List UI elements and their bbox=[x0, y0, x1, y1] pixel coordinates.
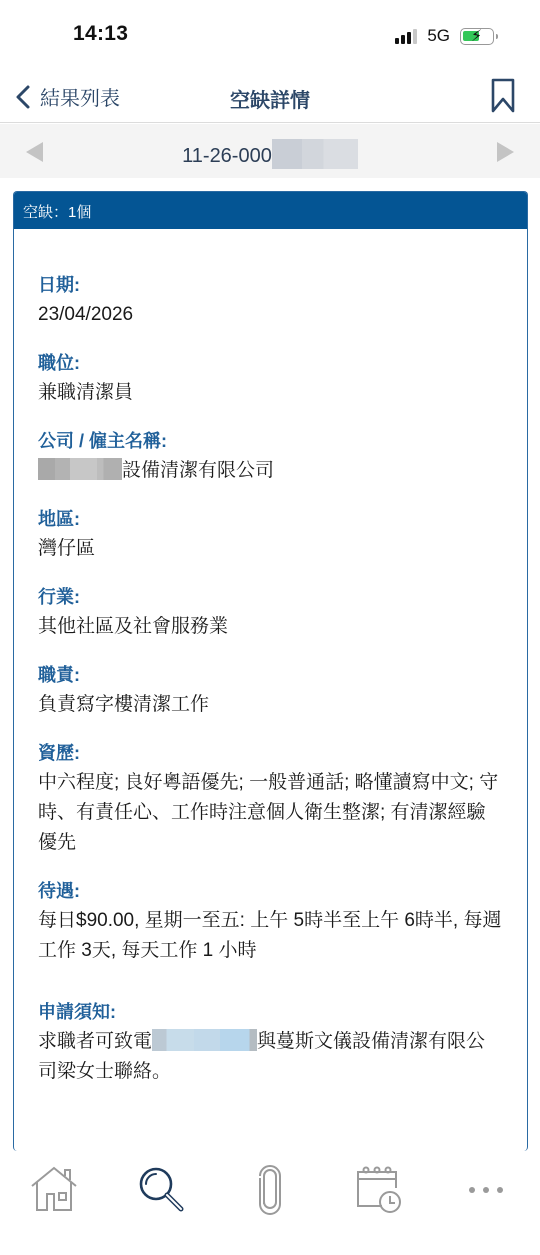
tab-more[interactable] bbox=[458, 1162, 514, 1218]
signal-icon bbox=[395, 28, 417, 44]
phone-number-redacted bbox=[152, 1029, 257, 1051]
field-label: 資歷: bbox=[38, 741, 503, 765]
field-position: 職位: 兼職清潔員 bbox=[38, 351, 503, 408]
record-id-redacted bbox=[272, 139, 358, 169]
field-date: 日期: 23/04/2026 bbox=[38, 273, 503, 330]
home-icon bbox=[28, 1164, 80, 1216]
field-value: 其他社區及社會服務業 bbox=[38, 612, 503, 642]
field-label: 行業: bbox=[38, 585, 503, 609]
field-value: 負責寫字樓清潔工作 bbox=[38, 690, 503, 720]
paperclip-icon bbox=[244, 1164, 296, 1216]
field-label: 地區: bbox=[38, 507, 503, 531]
more-icon bbox=[460, 1164, 512, 1216]
field-value: 每日$90.00, 星期一至五: 上午 5時半至上午 6時半, 每週工作 3天,… bbox=[38, 906, 503, 966]
field-value: 23/04/2026 bbox=[38, 300, 503, 330]
vacancy-count-header: 空缺：1個 bbox=[14, 192, 527, 229]
chevron-left-icon bbox=[14, 84, 32, 110]
company-name-redacted bbox=[38, 458, 122, 480]
field-label: 日期: bbox=[38, 273, 503, 297]
back-label: 結果列表 bbox=[40, 82, 120, 111]
field-label: 申請須知: bbox=[38, 1000, 503, 1024]
field-value: 求職者可致電與蔓斯文儀設備清潔有限公司梁女士聯絡。 bbox=[38, 1027, 503, 1087]
field-label: 職位: bbox=[38, 351, 503, 375]
record-navigator: 11-26-000 bbox=[0, 124, 540, 178]
record-id: 11-26-000 bbox=[0, 139, 540, 169]
search-icon bbox=[136, 1164, 188, 1216]
field-benefits: 待遇: 每日$90.00, 星期一至五: 上午 5時半至上午 6時半, 每週工作… bbox=[38, 879, 503, 966]
field-duties: 職責: 負責寫字樓清潔工作 bbox=[38, 663, 503, 720]
vacancy-details: 日期: 23/04/2026 職位: 兼職清潔員 公司 / 僱主名稱: 設備清潔… bbox=[14, 229, 527, 1087]
status-indicators: 5G ⚡︎ bbox=[395, 26, 494, 46]
field-value: 中六程度; 良好粵語優先; 一般普通話; 略懂讀寫中文; 守時、有責任心、工作時… bbox=[38, 768, 503, 858]
field-label: 待遇: bbox=[38, 879, 503, 903]
field-label: 公司 / 僱主名稱: bbox=[38, 429, 503, 453]
field-district: 地區: 灣仔區 bbox=[38, 507, 503, 564]
bookmark-button[interactable] bbox=[490, 78, 516, 114]
field-value: 兼職清潔員 bbox=[38, 378, 503, 408]
field-application-notes: 申請須知: 求職者可致電與蔓斯文儀設備清潔有限公司梁女士聯絡。 bbox=[38, 1000, 503, 1087]
battery-icon: ⚡︎ bbox=[460, 28, 494, 45]
bookmark-icon bbox=[490, 78, 516, 114]
company-name-text: 設備清潔有限公司 bbox=[122, 460, 274, 481]
charging-bolt-icon: ⚡︎ bbox=[471, 26, 482, 46]
field-label: 職責: bbox=[38, 663, 503, 687]
back-to-results-button[interactable]: 結果列表 bbox=[14, 82, 120, 111]
status-bar: 14:13 5G ⚡︎ bbox=[0, 0, 540, 70]
application-text-before: 求職者可致電 bbox=[38, 1031, 152, 1052]
navigation-bar: 結果列表 空缺詳情 bbox=[0, 70, 540, 123]
triangle-right-icon bbox=[495, 141, 515, 163]
bottom-tab-bar bbox=[0, 1152, 540, 1255]
field-company: 公司 / 僱主名稱: 設備清潔有限公司 bbox=[38, 429, 503, 486]
tab-schedule[interactable] bbox=[350, 1162, 406, 1218]
field-value: 灣仔區 bbox=[38, 534, 503, 564]
tab-attachments[interactable] bbox=[242, 1162, 298, 1218]
next-record-button[interactable] bbox=[495, 141, 515, 163]
status-time: 14:13 bbox=[73, 22, 128, 46]
field-industry: 行業: 其他社區及社會服務業 bbox=[38, 585, 503, 642]
vacancy-card: 空缺：1個 日期: 23/04/2026 職位: 兼職清潔員 公司 / 僱主名稱… bbox=[13, 191, 528, 1151]
field-value: 設備清潔有限公司 bbox=[38, 456, 503, 486]
calendar-clock-icon bbox=[352, 1164, 404, 1216]
tab-search[interactable] bbox=[134, 1162, 190, 1218]
field-qualifications: 資歷: 中六程度; 良好粵語優先; 一般普通話; 略懂讀寫中文; 守時、有責任心… bbox=[38, 741, 503, 858]
tab-home[interactable] bbox=[26, 1162, 82, 1218]
record-id-text: 11-26-000 bbox=[182, 145, 272, 167]
network-label: 5G bbox=[427, 26, 450, 46]
